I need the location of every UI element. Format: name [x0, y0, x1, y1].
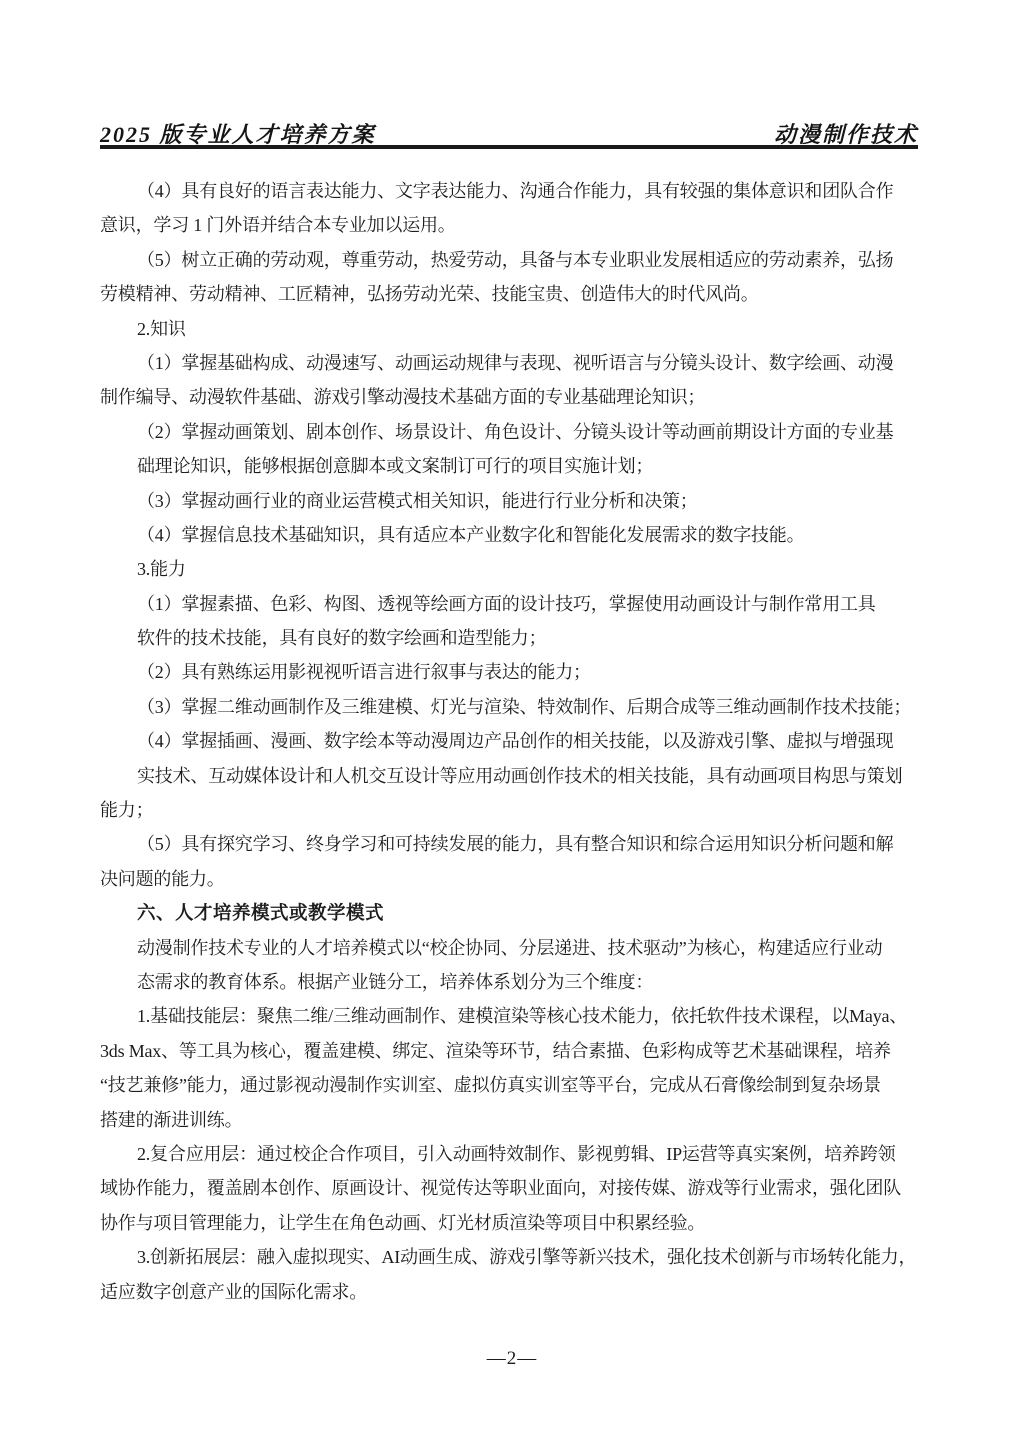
- header-double-rule: [100, 145, 918, 149]
- body-line: （3）掌握动画行业的商业运营模式相关知识，能进行行业分析和决策；: [100, 484, 940, 518]
- body-line: 3ds Max、等工具为核心，覆盖建模、绑定、渲染等环节，结合素描、色彩构成等艺…: [100, 1034, 940, 1068]
- body-line: （5）具有探究学习、终身学习和可持续发展的能力，具有整合知识和综合运用知识分析问…: [100, 827, 940, 861]
- body-line: （4）具有良好的语言表达能力、文字表达能力、沟通合作能力，具有较强的集体意识和团…: [100, 174, 940, 208]
- body-line: 软件的技术技能，具有良好的数字绘画和造型能力；: [100, 621, 940, 655]
- body-line: 1.基础技能层：聚焦二维/三维动画制作、建模渲染等核心技术能力，依托软件技术课程…: [100, 999, 940, 1033]
- page-footer: —2—: [0, 1348, 1024, 1370]
- body-line: 2.复合应用层：通过校企合作项目，引入动画特效制作、影视剪辑、IP运营等真实案例…: [100, 1137, 940, 1171]
- body-line: （1）掌握基础构成、动漫速写、动画运动规律与表现、视听语言与分镜头设计、数字绘画…: [100, 346, 940, 380]
- body-line: 础理论知识，能够根据创意脚本或文案制订可行的项目实施计划；: [100, 449, 940, 483]
- body-line: 动漫制作技术专业的人才培养模式以“校企协同、分层递进、技术驱动”为核心，构建适应…: [100, 931, 940, 965]
- body-line: 劳模精神、劳动精神、工匠精神，弘扬劳动光荣、技能宝贵、创造伟大的时代风尚。: [100, 277, 940, 311]
- section-heading: 六、人才培养模式或教学模式: [100, 896, 940, 930]
- body-line: （5）树立正确的劳动观，尊重劳动，热爱劳动，具备与本专业职业发展相适应的劳动素养…: [100, 243, 940, 277]
- body-line: 能力；: [100, 793, 940, 827]
- page-number: —2—: [487, 1348, 538, 1369]
- body-line: 3.能力: [100, 552, 940, 586]
- body-line: （4）掌握插画、漫画、数字绘本等动漫周边产品创作的相关技能，以及游戏引擎、虚拟与…: [100, 724, 940, 758]
- body-line: 适应数字创意产业的国际化需求。: [100, 1275, 940, 1309]
- body-line: （4）掌握信息技术基础知识，具有适应本产业数字化和智能化发展需求的数字技能。: [100, 518, 940, 552]
- body-line: 决问题的能力。: [100, 862, 940, 896]
- body-line: 2.知识: [100, 312, 940, 346]
- body-line: （3）掌握二维动画制作及三维建模、灯光与渲染、特效制作、后期合成等三维动画制作技…: [100, 690, 940, 724]
- body-line: 态需求的教育体系。根据产业链分工，培养体系划分为三个维度：: [100, 965, 940, 999]
- body-line: 制作编导、动漫软件基础、游戏引擎动漫技术基础方面的专业基础理论知识；: [100, 380, 940, 414]
- body-line: 3.创新拓展层：融入虚拟现实、AI动画生成、游戏引擎等新兴技术，强化技术创新与市…: [100, 1240, 940, 1274]
- body-line: 意识，学习 1 门外语并结合本专业加以运用。: [100, 208, 940, 242]
- body-line: 实技术、互动媒体设计和人机交互设计等应用动画创作技术的相关技能，具有动画项目构思…: [100, 759, 940, 793]
- body-line: （2）掌握动画策划、剧本创作、场景设计、角色设计、分镜头设计等动画前期设计方面的…: [100, 415, 940, 449]
- body-line: 域协作能力，覆盖剧本创作、原画设计、视觉传达等职业面向，对接传媒、游戏等行业需求…: [100, 1171, 940, 1205]
- body-line: （2）具有熟练运用影视视听语言进行叙事与表达的能力；: [100, 655, 940, 689]
- body-line: 协作与项目管理能力，让学生在角色动画、灯光材质渲染等项目中积累经验。: [100, 1206, 940, 1240]
- body-line: （1）掌握素描、色彩、构图、透视等绘画方面的设计技巧，掌握使用动画设计与制作常用…: [100, 587, 940, 621]
- document-body: （4）具有良好的语言表达能力、文字表达能力、沟通合作能力，具有较强的集体意识和团…: [100, 174, 940, 1309]
- body-line: “技艺兼修”能力，通过影视动漫制作实训室、虚拟仿真实训室等平台，完成从石膏像绘制…: [100, 1068, 940, 1102]
- body-line: 搭建的渐进训练。: [100, 1103, 940, 1137]
